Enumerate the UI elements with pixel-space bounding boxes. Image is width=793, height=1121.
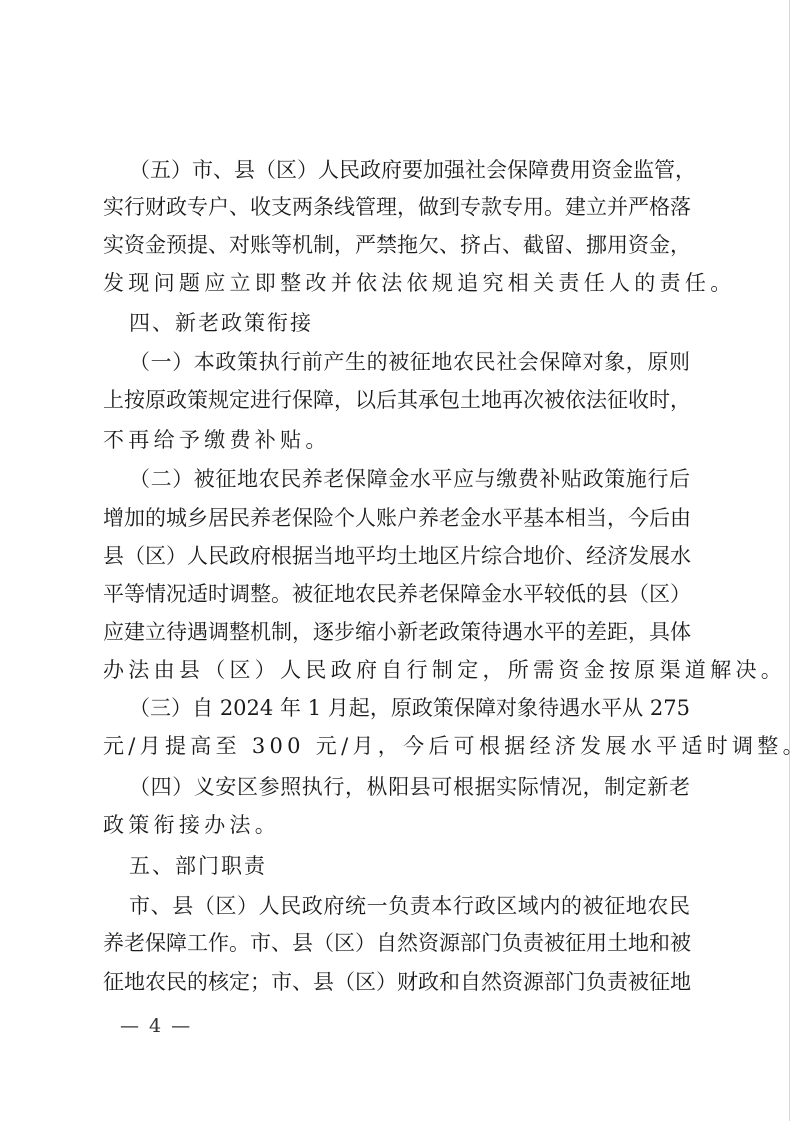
paragraph-5-line-4: 发现问题应立即整改并依法依规追究相关责任人的责任。 [103, 268, 690, 298]
paragraph-5-1-line-1: 市、县（区）人民政府统一负责本行政区域内的被征地农民 [129, 891, 690, 921]
paragraph-5-line-2: 实行财政专户、收支两条线管理，做到专款专用。建立并严格落 [103, 192, 690, 222]
page-edge-line [789, 0, 790, 1121]
paragraph-5-1-line-3: 征地农民的核定；市、县（区）财政和自然资源部门负责被征地 [103, 967, 690, 997]
paragraph-5-line-1: （五）市、县（区）人民政府要加强社会保障费用资金监管， [129, 155, 690, 185]
section-heading-5: 五、部门职责 [129, 851, 690, 881]
paragraph-4-2-line-5: 应建立待遇调整机制，逐步缩小新老政策待遇水平的差距，具体 [103, 617, 690, 647]
paragraph-4-1-line-1: （一）本政策执行前产生的被征地农民社会保障对象，原则 [129, 347, 690, 377]
paragraph-4-1-line-2: 上按原政策规定进行保障，以后其承包土地再次被依法征收时， [103, 385, 690, 415]
paragraph-4-2-line-3: 县（区）人民政府根据当地平均土地区片综合地价、经济发展水 [103, 541, 690, 571]
paragraph-4-2-line-1: （二）被征地农民养老保障金水平应与缴费补贴政策施行后 [129, 464, 690, 494]
paragraph-4-3-line-1: （三）自 2024 年 1 月起，原政策保障对象待遇水平从 275 [129, 693, 690, 723]
paragraph-4-2-line-4: 平等情况适时调整。被征地农民养老保障金水平较低的县（区） [103, 579, 690, 609]
paragraph-4-2-line-2: 增加的城乡居民养老保险个人账户养老金水平基本相当，今后由 [103, 503, 690, 533]
paragraph-4-4-line-1: （四）义安区参照执行，枞阳县可根据实际情况，制定新老 [129, 772, 690, 802]
paragraph-4-3-line-2: 元/月提高至 300 元/月，今后可根据经济发展水平适时调整。 [103, 731, 690, 761]
paragraph-4-2-line-6: 办法由县（区）人民政府自行制定，所需资金按原渠道解决。 [103, 655, 690, 685]
paragraph-5-line-3: 实资金预提、对账等机制，严禁拖欠、挤占、截留、挪用资金， [103, 230, 690, 260]
section-heading-4: 四、新老政策衔接 [129, 308, 690, 338]
paragraph-4-1-line-3: 不再给予缴费补贴。 [103, 425, 690, 455]
page-number: — 4 — [120, 1012, 192, 1040]
paragraph-5-1-line-2: 养老保障工作。市、县（区）自然资源部门负责被征用土地和被 [103, 928, 690, 958]
paragraph-4-4-line-2: 政策衔接办法。 [103, 810, 690, 840]
